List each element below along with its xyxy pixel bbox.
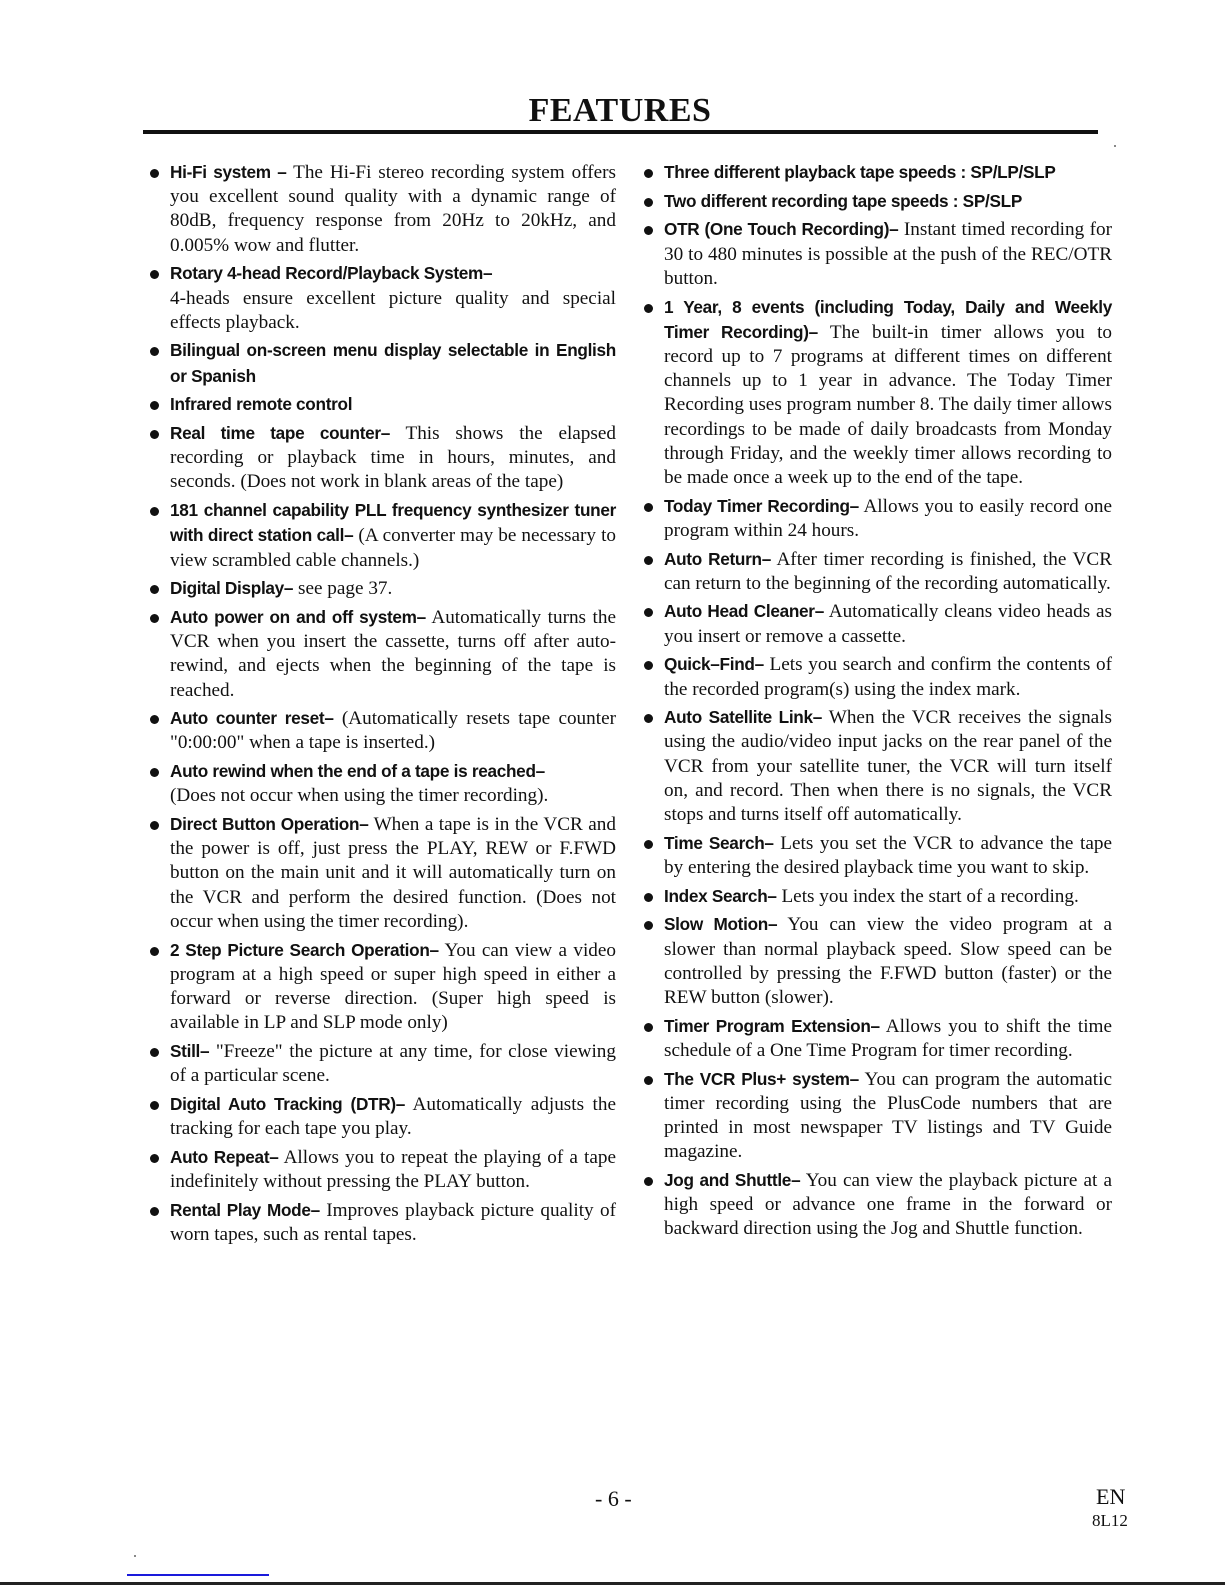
feature-item: Rotary 4-head Record/Playback System– 4-…: [150, 261, 616, 335]
feature-item: Auto Satellite Link– When the VCR receiv…: [644, 705, 1112, 827]
title-rule: [143, 130, 1098, 134]
bullet-icon: [150, 270, 159, 279]
feature-term: Rental Play Mode–: [170, 1200, 320, 1220]
scan-blue-line: [127, 1574, 269, 1576]
feature-term: Auto rewind when the end of a tape is re…: [170, 761, 545, 781]
bullet-icon: [150, 1048, 159, 1057]
bullet-icon: [644, 503, 653, 512]
feature-term: Real time tape counter–: [170, 423, 390, 443]
feature-term: Direct Button Operation–: [170, 814, 368, 834]
bullet-icon: [150, 507, 159, 516]
feature-item: Digital Display– see page 37.: [150, 576, 616, 601]
bullet-icon: [150, 947, 159, 956]
feature-item: Today Timer Recording– Allows you to eas…: [644, 494, 1112, 543]
bullet-icon: [150, 1207, 159, 1216]
feature-item: Auto Repeat– Allows you to repeat the pl…: [150, 1145, 616, 1194]
feature-description: 4-heads ensure excellent picture quality…: [170, 288, 616, 333]
feature-term: The VCR Plus+ system–: [664, 1069, 859, 1089]
feature-item: Time Search– Lets you set the VCR to adv…: [644, 831, 1112, 880]
feature-item: Slow Motion– You can view the video prog…: [644, 912, 1112, 1010]
feature-item: 181 channel capability PLL frequency syn…: [150, 498, 616, 573]
feature-item: Hi-Fi system – The Hi-Fi stereo recordin…: [150, 160, 616, 258]
model-code: 8L12: [1092, 1511, 1128, 1531]
bullet-icon: [150, 169, 159, 178]
feature-item: The VCR Plus+ system– You can program th…: [644, 1067, 1112, 1165]
feature-item: Infrared remote control: [150, 392, 616, 417]
feature-term: Three different playback tape speeds : S…: [664, 162, 1056, 182]
bullet-icon: [644, 921, 653, 930]
feature-item: Direct Button Operation– When a tape is …: [150, 812, 616, 934]
bullet-icon: [150, 1154, 159, 1163]
bullet-icon: [644, 608, 653, 617]
bullet-icon: [644, 714, 653, 723]
language-code: EN: [1096, 1484, 1125, 1510]
feature-item: Auto counter reset– (Automatically reset…: [150, 706, 616, 755]
feature-term: Auto power on and off system–: [170, 607, 426, 627]
bullet-icon: [644, 1023, 653, 1032]
bullet-icon: [150, 585, 159, 594]
feature-description: see page 37.: [293, 578, 392, 599]
feature-item: Auto power on and off system– Automatica…: [150, 605, 616, 703]
feature-item: 2 Step Picture Search Operation– You can…: [150, 938, 616, 1036]
feature-term: Hi-Fi system –: [170, 162, 287, 182]
feature-description: The built-in timer allows you to record …: [664, 322, 1112, 488]
feature-term: Two different recording tape speeds : SP…: [664, 191, 1022, 211]
feature-term: Auto Head Cleaner–: [664, 601, 824, 621]
features-list-left: Hi-Fi system – The Hi-Fi stereo recordin…: [150, 160, 616, 1247]
left-column: Hi-Fi system – The Hi-Fi stereo recordin…: [150, 160, 616, 1251]
feature-item: Still– "Freeze" the picture at any time,…: [150, 1039, 616, 1088]
feature-term: Rotary 4-head Record/Playback System–: [170, 263, 492, 283]
feature-item: Index Search– Lets you index the start o…: [644, 884, 1112, 909]
feature-item: Digital Auto Tracking (DTR)– Automatical…: [150, 1092, 616, 1141]
right-column: Three different playback tape speeds : S…: [644, 160, 1112, 1245]
feature-term: Quick–Find–: [664, 654, 764, 674]
feature-item: Quick–Find– Lets you search and confirm …: [644, 652, 1112, 701]
feature-item: OTR (One Touch Recording)– Instant timed…: [644, 217, 1112, 291]
feature-item: Auto Return– After timer recording is fi…: [644, 547, 1112, 596]
bullet-icon: [150, 768, 159, 777]
bullet-icon: [150, 401, 159, 410]
feature-term: Timer Program Extension–: [664, 1016, 880, 1036]
bullet-icon: [644, 169, 653, 178]
bullet-icon: [644, 556, 653, 565]
bullet-icon: [644, 893, 653, 902]
feature-term: Auto Return–: [664, 549, 771, 569]
feature-term: Auto Satellite Link–: [664, 707, 822, 727]
feature-term: Today Timer Recording–: [664, 496, 859, 516]
feature-item: Jog and Shuttle– You can view the playba…: [644, 1168, 1112, 1242]
feature-item: Three different playback tape speeds : S…: [644, 160, 1112, 185]
feature-term: Still–: [170, 1041, 209, 1061]
feature-term: Time Search–: [664, 833, 774, 853]
feature-item: Timer Program Extension– Allows you to s…: [644, 1014, 1112, 1063]
feature-term: Index Search–: [664, 886, 777, 906]
bullet-icon: [644, 1177, 653, 1186]
feature-item: Rental Play Mode– Improves playback pict…: [150, 1198, 616, 1247]
feature-item: 1 Year, 8 events (including Today, Daily…: [644, 295, 1112, 491]
bullet-icon: [150, 430, 159, 439]
bullet-icon: [644, 840, 653, 849]
bullet-icon: [150, 1101, 159, 1110]
bullet-icon: [644, 1076, 653, 1085]
bullet-icon: [644, 661, 653, 670]
feature-term: Jog and Shuttle–: [664, 1170, 800, 1190]
scan-speck: [1114, 145, 1116, 147]
feature-description: "Freeze" the picture at any time, for cl…: [170, 1041, 616, 1086]
feature-item: Two different recording tape speeds : SP…: [644, 189, 1112, 214]
page-number: - 6 -: [595, 1486, 632, 1512]
feature-term: Auto counter reset–: [170, 708, 334, 728]
bullet-icon: [644, 226, 653, 235]
feature-description: Lets you index the start of a recording.: [777, 886, 1079, 907]
bullet-icon: [150, 347, 159, 356]
page-title: FEATURES: [0, 92, 1225, 130]
bullet-icon: [150, 614, 159, 623]
bullet-icon: [150, 821, 159, 830]
bullet-icon: [644, 304, 653, 313]
feature-term: Auto Repeat–: [170, 1147, 279, 1167]
feature-item: Real time tape counter– This shows the e…: [150, 421, 616, 495]
feature-item: Auto Head Cleaner– Automatically cleans …: [644, 599, 1112, 648]
feature-term: Digital Auto Tracking (DTR)–: [170, 1094, 405, 1114]
feature-term: Slow Motion–: [664, 914, 777, 934]
feature-item: Auto rewind when the end of a tape is re…: [150, 759, 616, 808]
bullet-icon: [644, 198, 653, 207]
feature-item: Bilingual on-screen menu display selecta…: [150, 338, 616, 388]
features-list-right: Three different playback tape speeds : S…: [644, 160, 1112, 1242]
feature-term: Bilingual on-screen menu display selecta…: [170, 340, 616, 385]
feature-term: OTR (One Touch Recording)–: [664, 219, 898, 239]
feature-description: (Does not occur when using the timer rec…: [170, 785, 548, 806]
feature-term: Infrared remote control: [170, 394, 352, 414]
scan-speck: [134, 1555, 136, 1557]
bullet-icon: [150, 715, 159, 724]
feature-term: 2 Step Picture Search Operation–: [170, 940, 439, 960]
feature-term: Digital Display–: [170, 578, 293, 598]
